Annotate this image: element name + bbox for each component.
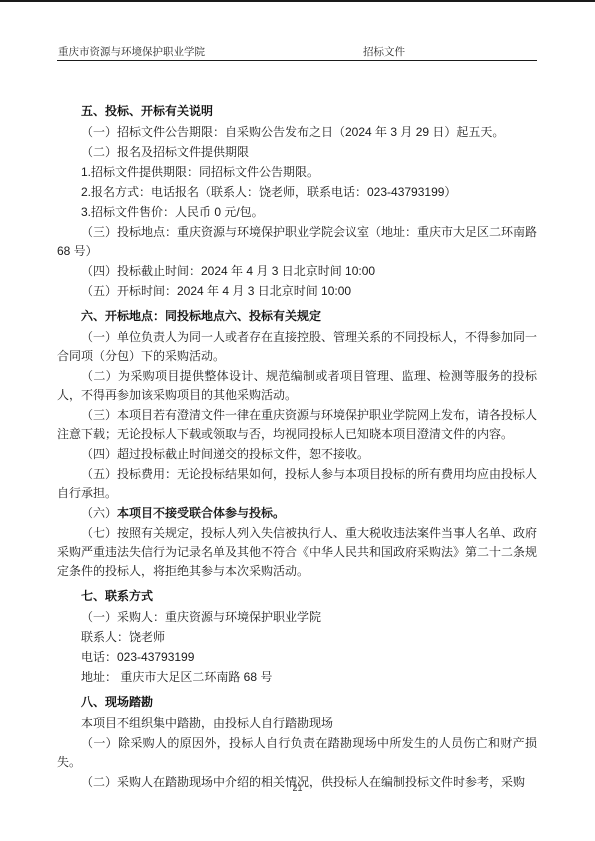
paragraph: （一）除采购人的原因外，投标人自行负责在踏勘现场中所发生的人员伤亡和财产损失。 xyxy=(57,734,537,772)
document-page: { "header": { "left": "重庆市资源与环境保护职业学院", … xyxy=(0,0,595,841)
paragraph: （四）投标截止时间：2024 年 4 月 3 日北京时间 10:00 xyxy=(57,262,537,281)
paragraph: （二）报名及招标文件提供期限 xyxy=(57,143,537,162)
paragraph: 电话：023-43793199 xyxy=(57,648,537,667)
paragraph: （六）本项目不接受联合体参与投标。 xyxy=(57,504,537,523)
paragraph: （七）按照有关规定，投标人列入失信被执行人、重大税收违法案件当事人名单、政府采购… xyxy=(57,524,537,581)
paragraph: （五）开标时间：2024 年 4 月 3 日北京时间 10:00 xyxy=(57,282,537,301)
section-heading: 八、现场踏勘 xyxy=(57,693,537,712)
section-heading: 六、开标地点：同投标地点六、投标有关规定 xyxy=(57,307,537,326)
paragraph: 地址： 重庆市大足区二环南路 68 号 xyxy=(57,668,537,687)
page-top-border xyxy=(0,0,595,2)
paragraph: 联系人：饶老师 xyxy=(57,628,537,647)
paragraph: （五）投标费用：无论投标结果如何，投标人参与本项目投标的所有费用均应由投标人自行… xyxy=(57,465,537,503)
text-run: （六） xyxy=(81,506,117,520)
section-heading: 五、投标、开标有关说明 xyxy=(57,102,537,121)
paragraph: （四）超过投标截止时间递交的投标文件，恕不接收。 xyxy=(57,445,537,464)
page-header: 重庆市资源与环境保护职业学院 招标文件 xyxy=(57,44,537,61)
paragraph: 1.招标文件提供期限：同招标文件公告期限。 xyxy=(57,163,537,182)
bold-text-run: 本项目不接受联合体参与投标。 xyxy=(117,506,285,520)
section-heading: 七、联系方式 xyxy=(57,587,537,606)
document-body: 五、投标、开标有关说明（一）招标文件公告期限：自采购公告发布之日（2024 年 … xyxy=(57,96,537,793)
paragraph: （三）本项目若有澄清文件一律在重庆资源与环境保护职业学院网上发布，请各投标人注意… xyxy=(57,406,537,444)
paragraph: 2.报名方式：电话报名（联系人：饶老师，联系电话：023-43793199） xyxy=(57,183,537,202)
paragraph: （一）单位负责人为同一人或者存在直接控股、管理关系的不同投标人，不得参加同一合同… xyxy=(57,328,537,366)
paragraph: （一）招标文件公告期限：自采购公告发布之日（2024 年 3 月 29 日）起五… xyxy=(57,123,537,142)
header-doc-type: 招标文件 xyxy=(363,45,405,59)
paragraph: （一）采购人：重庆资源与环境保护职业学院 xyxy=(57,608,537,627)
header-school-name: 重庆市资源与环境保护职业学院 xyxy=(58,45,205,59)
paragraph: （三）投标地点：重庆资源与环境保护职业学院会议室（地址：重庆市大足区二环南路 6… xyxy=(57,223,537,261)
paragraph: 3.招标文件售价：人民币 0 元/包。 xyxy=(57,203,537,222)
paragraph: （二）为采购项目提供整体设计、规范编制或者项目管理、监理、检测等服务的投标人，不… xyxy=(57,367,537,405)
paragraph: 本项目不组织集中踏勘，由投标人自行踏勘现场 xyxy=(57,714,537,733)
page-number: 21 xyxy=(0,783,595,793)
